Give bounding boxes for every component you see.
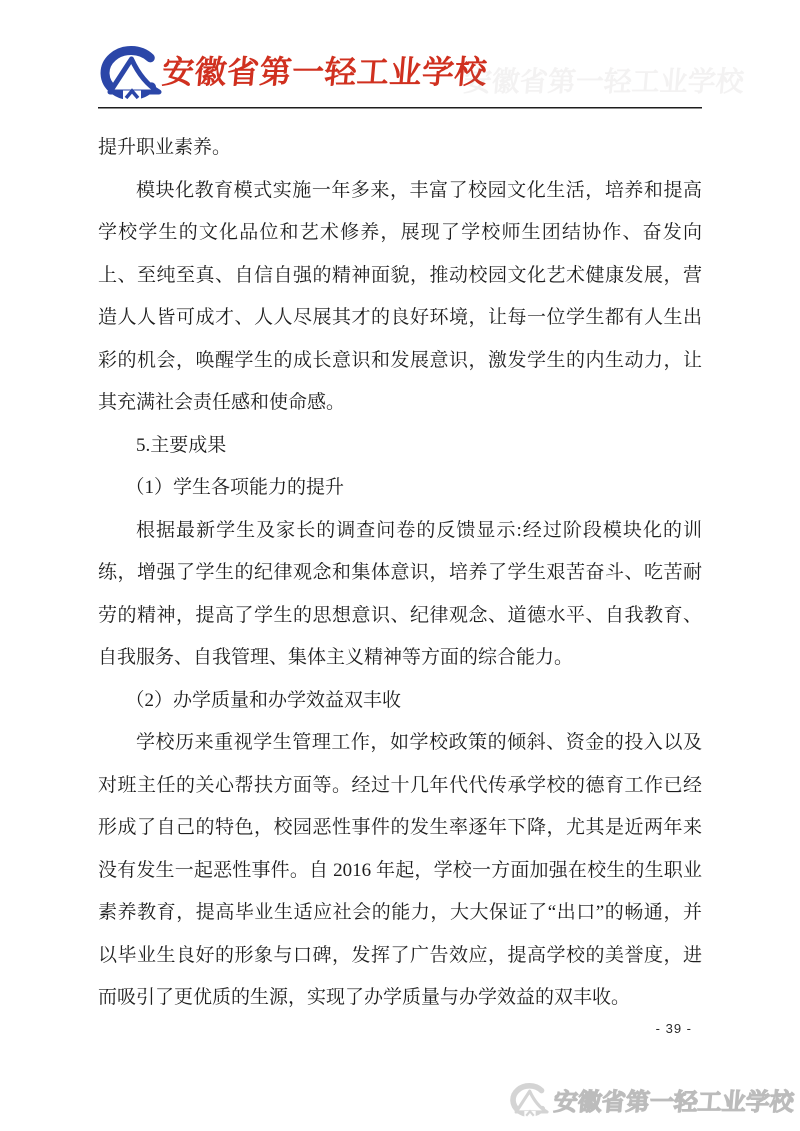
document-body: 提升职业素养。 模块化教育模式实施一年多来，丰富了校园文化生活，培养和提高学校学… bbox=[98, 127, 702, 1020]
subsection-heading: （1）学生各项能力的提升 bbox=[98, 467, 702, 510]
paragraph: 学校历来重视学生管理工作，如学校政策的倾斜、资金的投入以及对班主任的关心帮扶方面… bbox=[98, 722, 702, 1020]
section-heading: 5.主要成果 bbox=[98, 425, 702, 468]
page-number: - 39 - bbox=[656, 1021, 692, 1036]
paragraph: 根据最新学生及家长的调查问卷的反馈显示:经过阶段模块化的训练，增强了学生的纪律观… bbox=[98, 510, 702, 680]
school-name-ghost-watermark: 安徽省第一轻工业学校 bbox=[462, 60, 746, 100]
subsection-heading: （2）办学质量和办学效益双丰收 bbox=[98, 680, 702, 723]
footer-watermark: 安徽省第一轻工业学校 bbox=[509, 1082, 794, 1117]
document-page: 安徽省第一轻工业学校 安徽省第一轻工业学校 提升职业素养。 模块化教育模式实施一… bbox=[0, 0, 800, 1131]
header-divider bbox=[98, 107, 702, 109]
school-name-title: 安徽省第一轻工业学校 bbox=[160, 50, 489, 95]
paragraph-continuation: 提升职业素养。 bbox=[98, 127, 702, 170]
school-logo-icon bbox=[99, 46, 165, 100]
watermark-text: 安徽省第一轻工业学校 bbox=[552, 1082, 795, 1117]
paragraph: 模块化教育模式实施一年多来，丰富了校园文化生活，培养和提高学校学生的文化品位和艺… bbox=[98, 170, 702, 425]
watermark-logo-icon bbox=[509, 1083, 551, 1117]
page-header: 安徽省第一轻工业学校 安徽省第一轻工业学校 bbox=[98, 44, 702, 106]
